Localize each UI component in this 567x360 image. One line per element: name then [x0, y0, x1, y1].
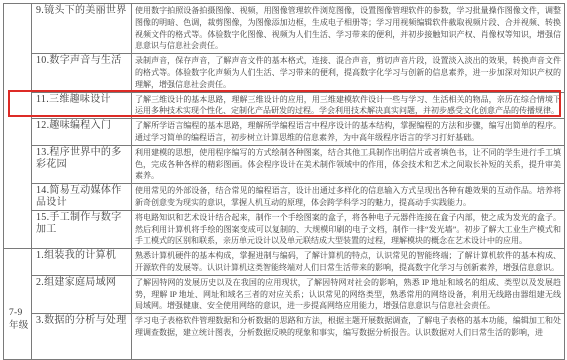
table-row: 15.手工制作与数字加工将电路知识和艺术设计结合起来，制作一个手绘图案的盒子，将…	[4, 210, 565, 248]
table-row: 13.程序世界中的多彩花园利用建模的思想，使用程序编写的方式绘制各种图案，结合其…	[4, 145, 565, 183]
table-row: 12.趣味编程入门了解所学语言编程的基本思路，理解所学编程语言中程序设计的基本结…	[4, 119, 565, 146]
unit-description-cell: 将电路知识和艺术设计结合起来，制作一个手绘图案的盒子，将各种电子元器件连接在盒子…	[132, 210, 565, 248]
table-row: 3.数据的分析与处理学习电子表格软件管理数据和分析数据的思路和方法，根据主题开展…	[4, 314, 565, 333]
table-row: 14.简易互动媒体作品设计使用常见的外部设备，结合常见的编程语言，设计出通过多样…	[4, 184, 565, 211]
table-row: 7-9年级1.组装我的计算机熟悉计算机硬件的基本构成，掌握进制与编码，了解计算机…	[4, 249, 565, 276]
unit-name-cell: 13.程序世界中的多彩花园	[32, 145, 132, 183]
curriculum-table-grid: 9.镜头下的美丽世界使用数字拍照设备拍摄图像、视频，用图像管理软件浏览图像，设置…	[3, 3, 565, 333]
unit-name-cell: 11.三维趣味设计	[32, 92, 132, 119]
grade-label-line: 年级	[9, 320, 31, 333]
unit-description-cell: 使用常见的外部设备，结合常见的编程语言，设计出通过多样化的信息输入方式呈现出各种…	[132, 184, 565, 211]
unit-description-cell: 了解所学语言编程的基本思路，理解所学编程语言中程序设计的基本结构，掌握编程的方法…	[132, 119, 565, 146]
unit-description-cell: 熟悉计算机硬件的基本构成，掌握进制与编码，了解计算机的特点，认识常见的智能终端；…	[132, 249, 565, 276]
unit-name-cell: 1.组装我的计算机	[32, 249, 132, 276]
grade-cell	[4, 4, 32, 249]
unit-name-cell: 15.手工制作与数字加工	[32, 210, 132, 248]
unit-name-cell: 10.数字声音与生活	[32, 54, 132, 92]
unit-description-cell: 使用数字拍照设备拍摄图像、视频，用图像管理软件浏览图像，设置图像管理软件的参数，…	[132, 4, 565, 54]
table-row: 10.数字声音与生活录制声音，保存声音，了解声音文件的基本格式，连接、混合声音，…	[4, 54, 565, 92]
unit-name-cell: 3.数据的分析与处理	[32, 314, 132, 333]
table-row: 9.镜头下的美丽世界使用数字拍照设备拍摄图像、视频，用图像管理软件浏览图像，设置…	[4, 4, 565, 54]
unit-name-cell: 14.简易互动媒体作品设计	[32, 184, 132, 211]
grade-label-line: 7-9	[9, 307, 31, 320]
grade-cell: 7-9年级	[4, 249, 32, 333]
curriculum-table: 9.镜头下的美丽世界使用数字拍照设备拍摄图像、视频，用图像管理软件浏览图像，设置…	[3, 3, 564, 333]
unit-name-cell: 12.趣味编程入门	[32, 119, 132, 146]
table-row: 11.三维趣味设计了解三维设计的基本思路，理解三维设计的应用，用三维建模软件设计…	[4, 92, 565, 119]
unit-description-cell: 录制声音，保存声音，了解声音文件的基本格式，连接、混合声音，剪切声音片段，设置淡…	[132, 54, 565, 92]
unit-name-cell: 2.组建家庭局域网	[32, 275, 132, 313]
unit-description-cell: 利用建模的思想，使用程序编写的方式绘制各种图案，结合其他工具制作出明信片或者填色…	[132, 145, 565, 183]
table-row: 2.组建家庭局域网了解因特网的发展历史以及在我国的应用现状，了解因特网对社会的影…	[4, 275, 565, 313]
unit-description-cell: 学习电子表格软件管理数据和分析数据的思路和方法，根据主题开展数据调查，了解电子表…	[132, 314, 565, 333]
unit-description-cell: 了解三维设计的基本思路，理解三维设计的应用，用三维建模软件设计一些与学习、生活相…	[132, 92, 565, 119]
unit-name-cell: 9.镜头下的美丽世界	[32, 4, 132, 54]
unit-description-cell: 了解因特网的发展历史以及在我国的应用现状，了解因特网对社会的影响，熟悉 IP 地…	[132, 275, 565, 313]
